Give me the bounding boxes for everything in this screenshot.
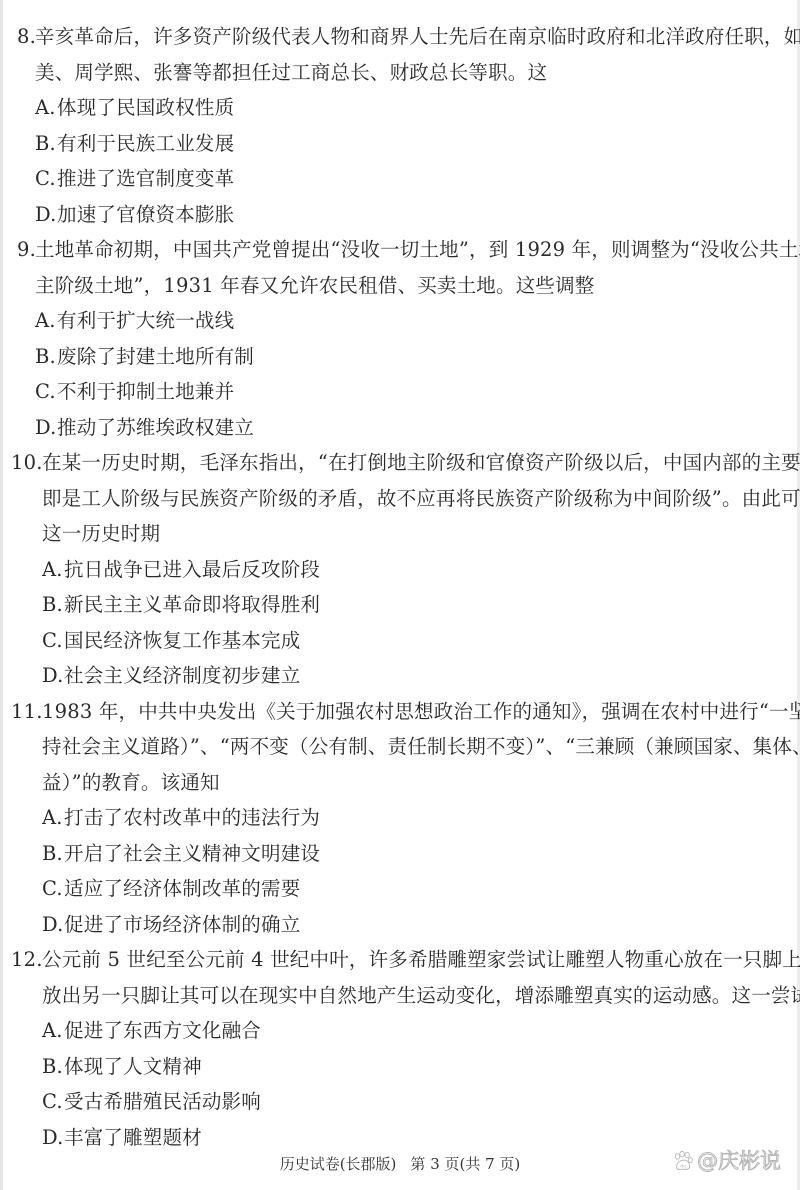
option-a: A.有利于扩大统一战线 xyxy=(0,303,800,339)
option-letter: B. xyxy=(42,1049,64,1085)
option-a: A.打击了农村改革中的违法行为 xyxy=(0,800,800,836)
option-text: 国民经济恢复工作基本完成 xyxy=(64,629,300,652)
option-letter: B. xyxy=(42,587,64,623)
option-letter: C. xyxy=(42,871,64,907)
option-b: B.新民主主义革命即将取得胜利 xyxy=(0,587,800,623)
question-stem-line: 即是工人阶级与民族资产阶级的矛盾，故不应再将民族资产阶级称为中间阶级”。由此可知… xyxy=(0,481,800,517)
option-b: B.体现了人文精神 xyxy=(0,1049,800,1085)
question-stem-line: 9.土地革命初期，中国共产党曾提出“没收一切土地”，到 1929 年，则调整为“… xyxy=(0,232,800,268)
option-d: D.推动了苏维埃政权建立 xyxy=(0,410,800,446)
option-text: 开启了社会主义精神文明建设 xyxy=(64,842,320,865)
option-text: 不利于抑制土地兼并 xyxy=(57,380,234,403)
option-letter: A. xyxy=(42,552,64,588)
exam-page: 8.辛亥革命后，许多资产阶级代表人物和商界人士先后在南京临时政府和北洋政府任职，… xyxy=(0,19,800,1155)
option-letter: D. xyxy=(42,907,64,943)
option-text: 丰富了雕塑题材 xyxy=(64,1126,202,1149)
option-text: 促进了东西方文化融合 xyxy=(64,1019,261,1042)
question-stem-line: 主阶级土地”，1931 年春又允许农民租借、买卖土地。这些调整 xyxy=(0,268,800,304)
option-letter: B. xyxy=(35,126,57,162)
question-stem-line: 放出另一只脚让其可以在现实中自然地产生运动变化，增添雕塑真实的运动感。这一尝试 xyxy=(0,978,800,1014)
question-stem-line: 8.辛亥革命后，许多资产阶级代表人物和商界人士先后在南京临时政府和北洋政府任职，… xyxy=(0,19,800,55)
option-text: 体现了民国政权性质 xyxy=(57,96,234,119)
option-letter: C. xyxy=(42,1084,64,1120)
question-stem-line: 美、周学熙、张謇等都担任过工商总长、财政总长等职。这 xyxy=(0,55,800,91)
option-letter: B. xyxy=(35,339,57,375)
option-a: A.抗日战争已进入最后反攻阶段 xyxy=(0,552,800,588)
question-10: 10.在某一历史时期，毛泽东指出，“在打倒地主阶级和官僚资产阶级以后，中国内部的… xyxy=(0,445,800,694)
question-9: 9.土地革命初期，中国共产党曾提出“没收一切土地”，到 1929 年，则调整为“… xyxy=(0,232,800,445)
question-number: 9. xyxy=(17,232,35,268)
question-stem-line: 持社会主义道路）”、“两不变（公有制、责任制长期不变）”、“三兼顾（兼顾国家、集… xyxy=(0,729,800,765)
option-text: 受古希腊殖民活动影响 xyxy=(64,1090,261,1113)
question-number: 12. xyxy=(11,942,42,978)
question-stem-line: 11.1983 年，中共中央发出《关于加强农村思想政治工作的通知》，强调在农村中… xyxy=(0,694,800,730)
question-stem-line: 12.公元前 5 世纪至公元前 4 世纪中叶，许多希腊雕塑家尝试让雕塑人物重心放… xyxy=(0,942,800,978)
option-letter: C. xyxy=(35,161,57,197)
option-a: A.促进了东西方文化融合 xyxy=(0,1013,800,1049)
option-c: C.推进了选官制度变革 xyxy=(0,161,800,197)
option-text: 体现了人文精神 xyxy=(64,1055,202,1078)
option-c: C.受古希腊殖民活动影响 xyxy=(0,1084,800,1120)
question-stem-text: 土地革命初期，中国共产党曾提出“没收一切土地”，到 1929 年，则调整为“没收… xyxy=(35,238,800,261)
svg-text:du: du xyxy=(680,1163,686,1169)
option-letter: C. xyxy=(35,374,57,410)
question-stem-line: 益）”的教育。该通知 xyxy=(0,765,800,801)
option-text: 促进了市场经济体制的确立 xyxy=(64,913,300,936)
option-letter: D. xyxy=(35,410,57,446)
option-text: 有利于民族工业发展 xyxy=(57,132,234,155)
question-stem-text: 1983 年，中共中央发出《关于加强农村思想政治工作的通知》，强调在农村中进行“… xyxy=(42,700,800,723)
option-letter: C. xyxy=(42,623,64,659)
question-number: 8. xyxy=(17,19,35,55)
option-text: 推进了选官制度变革 xyxy=(57,167,234,190)
option-text: 打击了农村改革中的违法行为 xyxy=(64,806,320,829)
option-d: D.社会主义经济制度初步建立 xyxy=(0,658,800,694)
option-letter: B. xyxy=(42,836,64,872)
option-text: 有利于扩大统一战线 xyxy=(57,309,234,332)
question-stem-line: 这一历史时期 xyxy=(0,516,800,552)
option-text: 新民主主义革命即将取得胜利 xyxy=(64,593,320,616)
option-letter: D. xyxy=(35,197,57,233)
option-text: 加速了官僚资本膨胀 xyxy=(57,203,234,226)
option-letter: A. xyxy=(42,800,64,836)
option-b: B.有利于民族工业发展 xyxy=(0,126,800,162)
option-c: C.不利于抑制土地兼并 xyxy=(0,374,800,410)
watermark: du @庆彬说 xyxy=(672,1144,781,1178)
option-b: B.废除了封建土地所有制 xyxy=(0,339,800,375)
question-stem-text: 在某一历史时期，毛泽东指出，“在打倒地主阶级和官僚资产阶级以后，中国内部的主要矛… xyxy=(42,451,800,474)
question-stem-text: 辛亥革命后，许多资产阶级代表人物和商界人士先后在南京临时政府和北洋政府任职，如陈… xyxy=(35,25,800,48)
question-11: 11.1983 年，中共中央发出《关于加强农村思想政治工作的通知》，强调在农村中… xyxy=(0,694,800,943)
page-info: 第 3 页(共 7 页) xyxy=(410,1155,520,1173)
option-c: C.适应了经济体制改革的需要 xyxy=(0,871,800,907)
option-text: 适应了经济体制改革的需要 xyxy=(64,877,300,900)
baidu-paw-icon: du xyxy=(672,1150,694,1172)
option-text: 社会主义经济制度初步建立 xyxy=(64,664,300,687)
option-letter: D. xyxy=(42,658,64,694)
option-d: D.促进了市场经济体制的确立 xyxy=(0,907,800,943)
option-letter: A. xyxy=(35,90,57,126)
question-number: 11. xyxy=(11,694,42,730)
option-a: A.体现了民国政权性质 xyxy=(0,90,800,126)
question-8: 8.辛亥革命后，许多资产阶级代表人物和商界人士先后在南京临时政府和北洋政府任职，… xyxy=(0,19,800,232)
watermark-text: @庆彬说 xyxy=(697,1144,781,1178)
option-c: C.国民经济恢复工作基本完成 xyxy=(0,623,800,659)
question-12: 12.公元前 5 世纪至公元前 4 世纪中叶，许多希腊雕塑家尝试让雕塑人物重心放… xyxy=(0,942,800,1155)
paper-name: 历史试卷(长郡版) xyxy=(280,1155,397,1173)
option-text: 废除了封建土地所有制 xyxy=(57,345,254,368)
question-stem-text: 公元前 5 世纪至公元前 4 世纪中叶，许多希腊雕塑家尝试让雕塑人物重心放在一只… xyxy=(42,948,800,971)
option-text: 推动了苏维埃政权建立 xyxy=(57,416,254,439)
question-number: 10. xyxy=(11,445,42,481)
option-d: D.加速了官僚资本膨胀 xyxy=(0,197,800,233)
option-letter: A. xyxy=(42,1013,64,1049)
option-b: B.开启了社会主义精神文明建设 xyxy=(0,836,800,872)
option-letter: D. xyxy=(42,1120,64,1156)
option-text: 抗日战争已进入最后反攻阶段 xyxy=(64,558,320,581)
option-letter: A. xyxy=(35,303,57,339)
question-stem-line: 10.在某一历史时期，毛泽东指出，“在打倒地主阶级和官僚资产阶级以后，中国内部的… xyxy=(0,445,800,481)
